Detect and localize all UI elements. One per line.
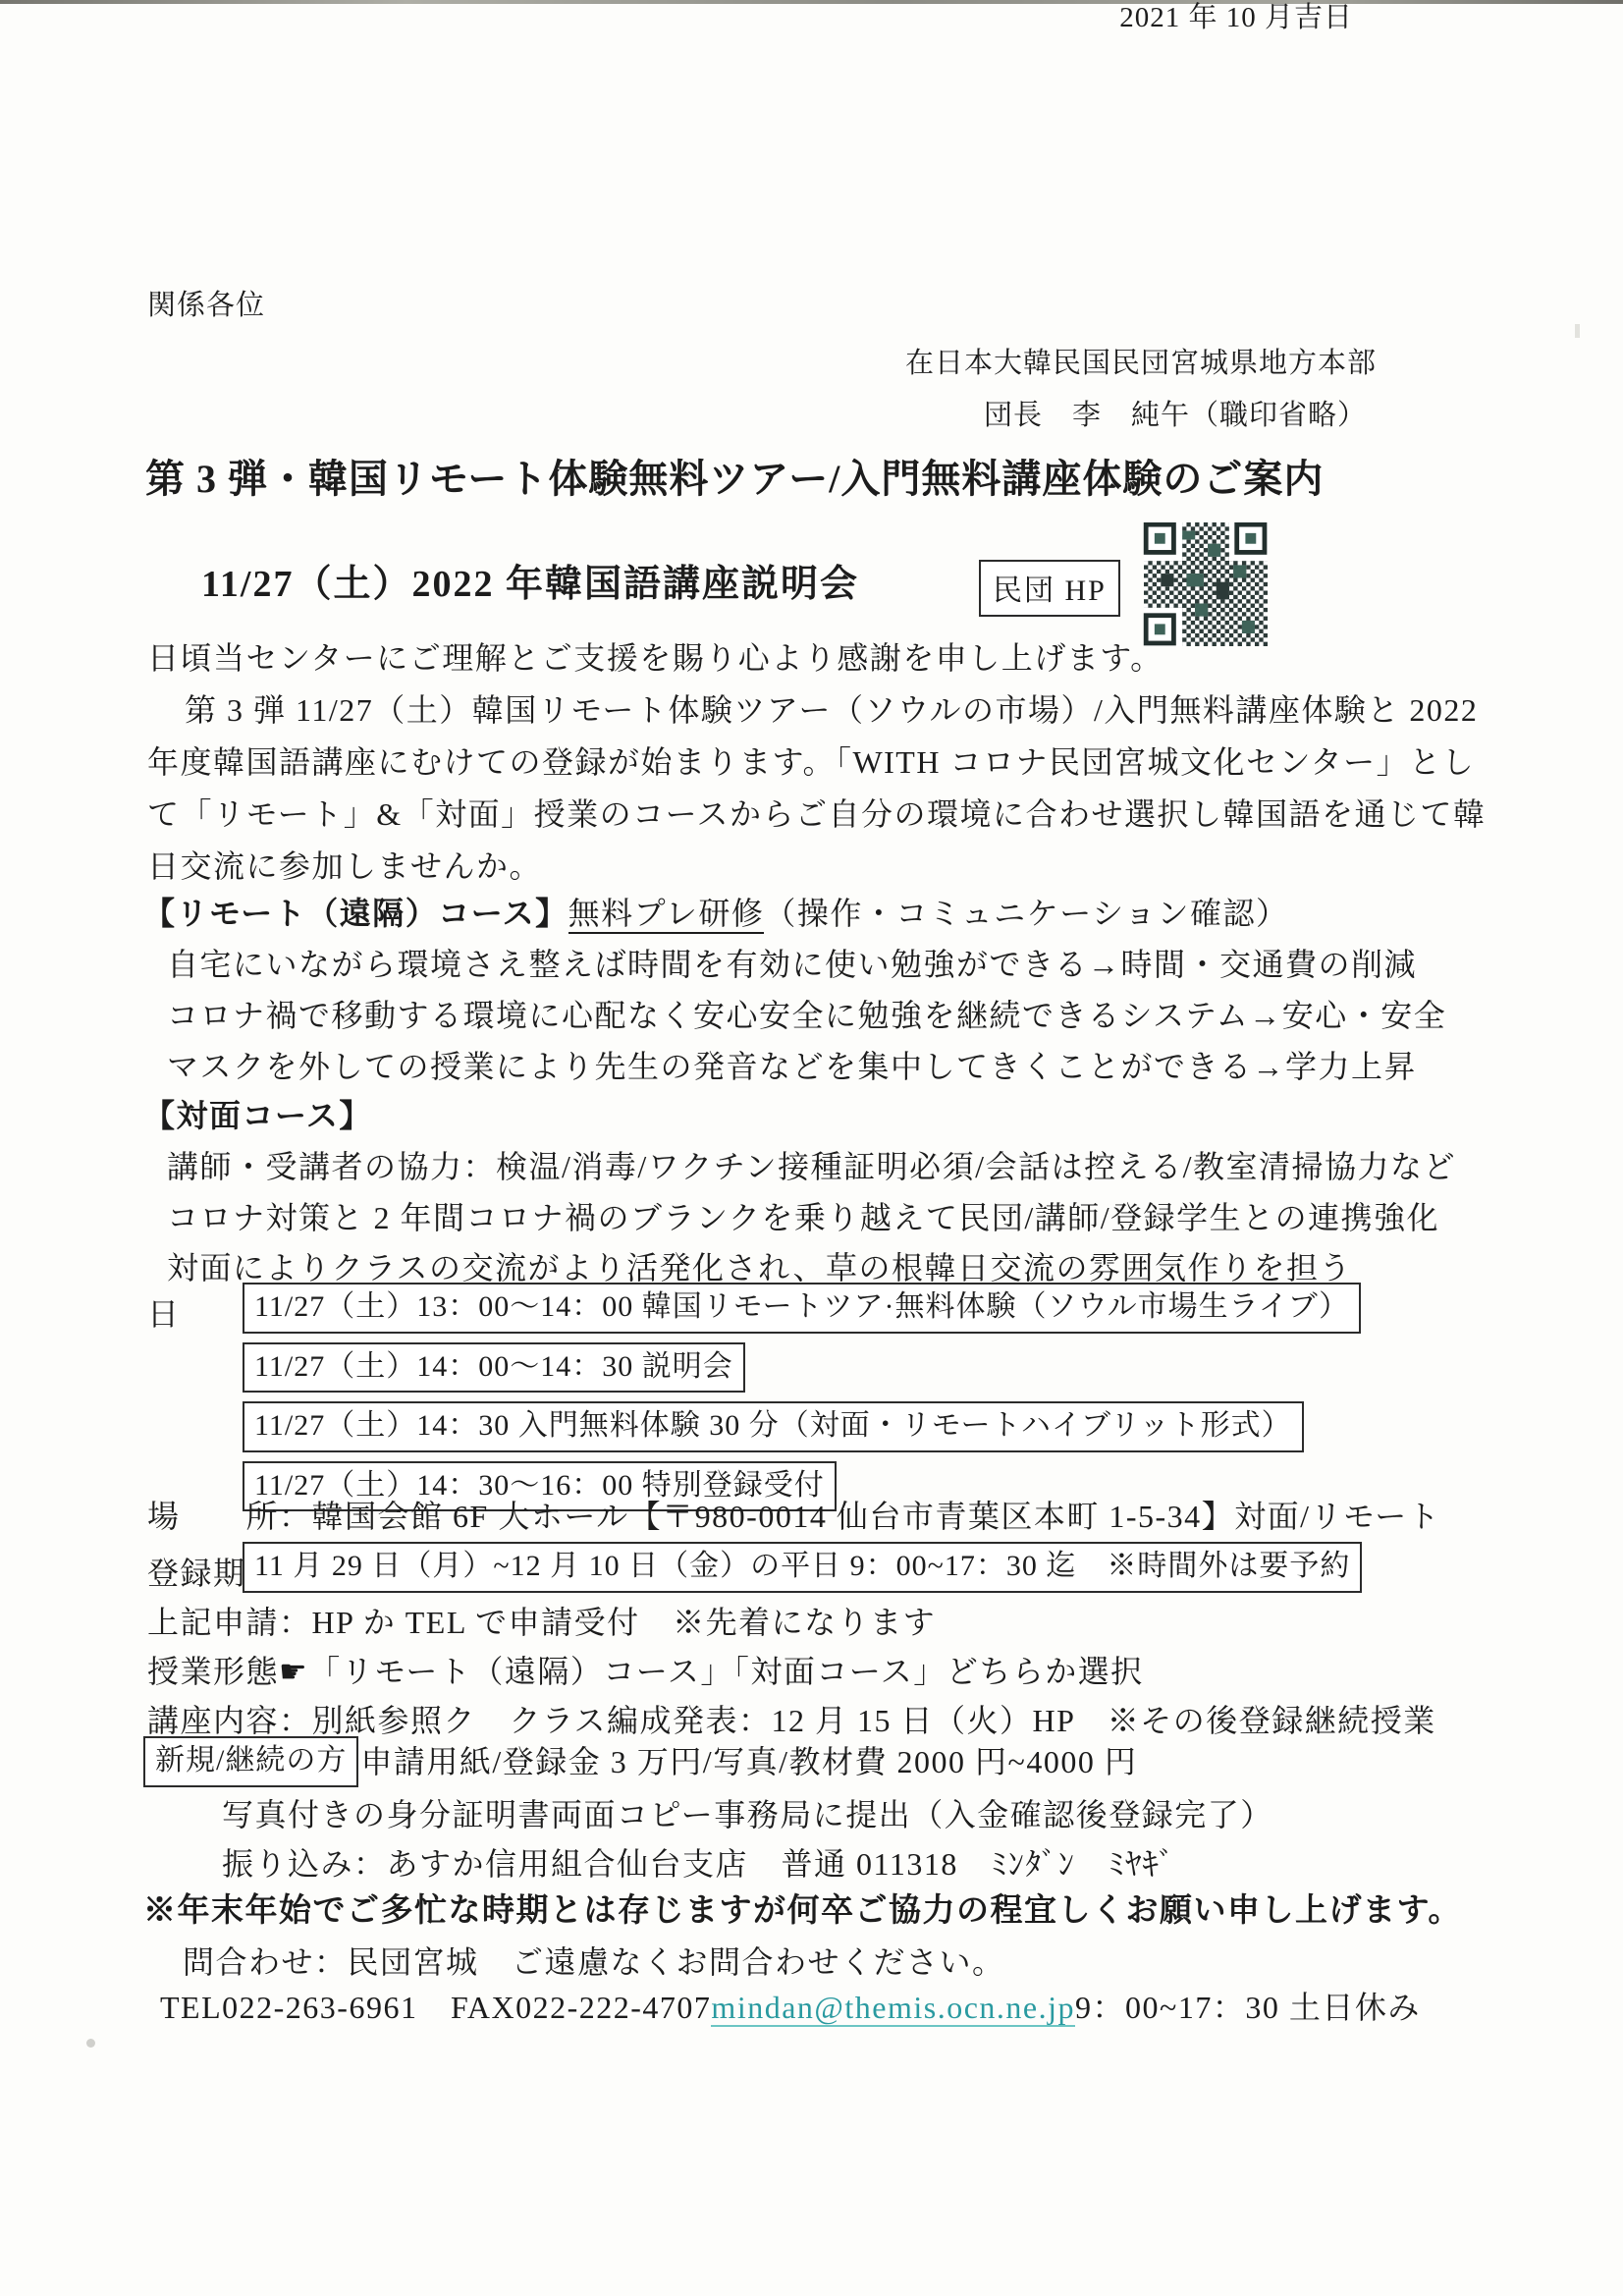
scanned-document-page: 2021 年 10 月吉日 関係各位 在日本大韓民国民団宮城県地方本部 団長 李…: [0, 0, 1623, 2296]
intro-line-1: 第 3 弾 11/27（土）韓国リモート体験ツアー（ソウルの市場）/入門無料講座…: [185, 690, 1478, 730]
contact-line: TEL022-263-6961 FAX022-222-4707mindan@th…: [160, 1988, 1421, 2027]
greeting-line: 日頃当センターにご理解とご支援を賜り心より感謝を申し上げます。: [147, 638, 1163, 678]
application-line: 上記申請：HP か TEL で申請受付 ※先着になります: [147, 1603, 936, 1642]
qr-code-icon: [1142, 522, 1270, 646]
schedule-item-box-3: 11/27（土）14：30 入門無料体験 30 分（対面・リモートハイブリット形…: [243, 1401, 1304, 1452]
registration-type-box: 新規/継続の方: [143, 1736, 358, 1787]
tel-fax-text: TEL022-263-6961 FAX022-222-4707: [160, 1990, 711, 2025]
date-line: 2021 年 10 月吉日: [0, 0, 1353, 35]
qr-finder-top-left: [1146, 524, 1173, 552]
scan-speck-artifact: [1575, 324, 1580, 338]
session-title: 11/27（土）2022 年韓国語講座説明会: [201, 562, 859, 609]
bank-transfer-line: 振り込み：あすか信用組合仙台支店 普通 011318 ﾐﾝﾀﾞﾝ ﾐﾔｷﾞ: [222, 1844, 1175, 1884]
document-title: 第 3 弾・韓国リモート体験無料ツアー/入門無料講座体験のご案内: [145, 455, 1324, 504]
inperson-point-1: 講師・受講者の協力：検温/消毒/ワクチン接種証明必須/会話は控える/教室清掃協力…: [167, 1147, 1456, 1186]
remote-point-3: マスクを外しての授業により先生の発音などを集中してきくことができる→学力上昇: [167, 1047, 1417, 1086]
class-format-prefix: 授業形態: [147, 1654, 279, 1689]
scan-dot-artifact: [86, 2039, 95, 2048]
remote-course-heading: 【リモート（遠隔）コース】無料プレ研修（操作・コミュニケーション確認）: [143, 894, 1288, 933]
inperson-course-heading: 【対面コース】: [143, 1096, 372, 1135]
intro-line-2: 年度韓国語講座にむけての登録が始まります。「WITH コロナ民団宮城文化センター…: [147, 742, 1475, 782]
schedule-item-box-1: 11/27（土）13：00～14：00 韓国リモートツア·無料体験（ソウル市場生…: [243, 1283, 1361, 1334]
inperson-point-3: 対面によりクラスの交流がより活発化され、草の根韓日交流の雰囲気作りを担う: [167, 1248, 1352, 1287]
remote-point-1: 自宅にいながら環境さえ整えば時間を有効に使い勉強ができる→時間・交通費の削減: [167, 945, 1417, 984]
salutation: 関係各位: [147, 288, 265, 323]
deadline-box-wrap: 11 月 29 日（月）~12 月 10 日（金）の平日 9：00~17：30 …: [243, 1542, 1362, 1593]
deadline-box: 11 月 29 日（月）~12 月 10 日（金）の平日 9：00~17：30 …: [243, 1542, 1362, 1593]
remote-course-bracket: 【リモート（遠隔）コース】: [143, 896, 568, 931]
remote-point-2: コロナ禍で移動する環境に心配なく安心安全に勉強を継続できるシステム→安心・安全: [167, 996, 1446, 1035]
place-label: 場 所：: [147, 1499, 312, 1534]
schedule-item-box-2: 11/27（土）14：00～14：30 説明会: [243, 1342, 745, 1394]
place-line: 場 所：韓国会館 6F 大ホール【〒980-0014 仙台市青葉区本町 1-5-…: [147, 1497, 1440, 1536]
course-contents-line: 講座内容：別紙参照ク クラス編成発表：12 月 15 日（火）HP ※その後登録…: [147, 1701, 1436, 1740]
email-link[interactable]: mindan@themis.ocn.ne.jp: [711, 1990, 1075, 2027]
schedule-list: 11/27（土）13：00～14：00 韓国リモートツア·無料体験（ソウル市場生…: [243, 1283, 1361, 1520]
inquiry-line: 問合わせ：民団宮城 ご遠慮なくお問合わせください。: [183, 1942, 1005, 1982]
registration-line: 新規/継続の方 申請用紙/登録金 3 万円/写真/教材費 2000 円~4000…: [143, 1736, 1137, 1787]
remote-course-suffix: （操作・コミュニケーション確認）: [764, 896, 1288, 931]
year-end-note: ※年末年始でご多忙な時期とは存じますが何卒ご協力の程宜しくお願い申し上げます。: [143, 1891, 1462, 1932]
mindan-hp-badge: 民団 HP: [979, 560, 1120, 617]
intro-line-4: 日交流に参加しませんか。: [147, 847, 542, 886]
pointing-hand-icon: ☛: [279, 1654, 308, 1689]
class-format-text: 「リモート（遠隔）コース」「対面コース」どちらか選択: [308, 1654, 1144, 1689]
representative-line: 団長 李 純午（職印省略）: [0, 398, 1367, 433]
place-value: 韓国会館 6F 大ホール【〒980-0014 仙台市青葉区本町 1-5-34】対…: [312, 1499, 1441, 1534]
office-hours-text: 9：00~17：30 土日休み: [1075, 1990, 1421, 2025]
id-copy-line: 写真付きの身分証明書両面コピー事務局に提出（入金確認後登録完了）: [222, 1795, 1273, 1834]
inperson-point-2: コロナ対策と 2 年間コロナ禍のブランクを乗り越えて民団/講師/登録学生との連携…: [167, 1198, 1439, 1237]
class-format-line: 授業形態☛「リモート（遠隔）コース」「対面コース」どちらか選択: [147, 1652, 1144, 1691]
intro-line-3: て「リモート」&「対面」授業のコースからご自分の環境に合わせ選択し韓国語を通じて…: [147, 794, 1487, 834]
registration-fee-text: 申請用紙/登録金 3 万円/写真/教材費 2000 円~4000 円: [360, 1742, 1137, 1781]
remote-course-underlined: 無料プレ研修: [568, 896, 765, 934]
qr-finder-top-right: [1237, 524, 1265, 552]
organization-line: 在日本大韓民国民団宮城県地方本部: [0, 346, 1377, 381]
